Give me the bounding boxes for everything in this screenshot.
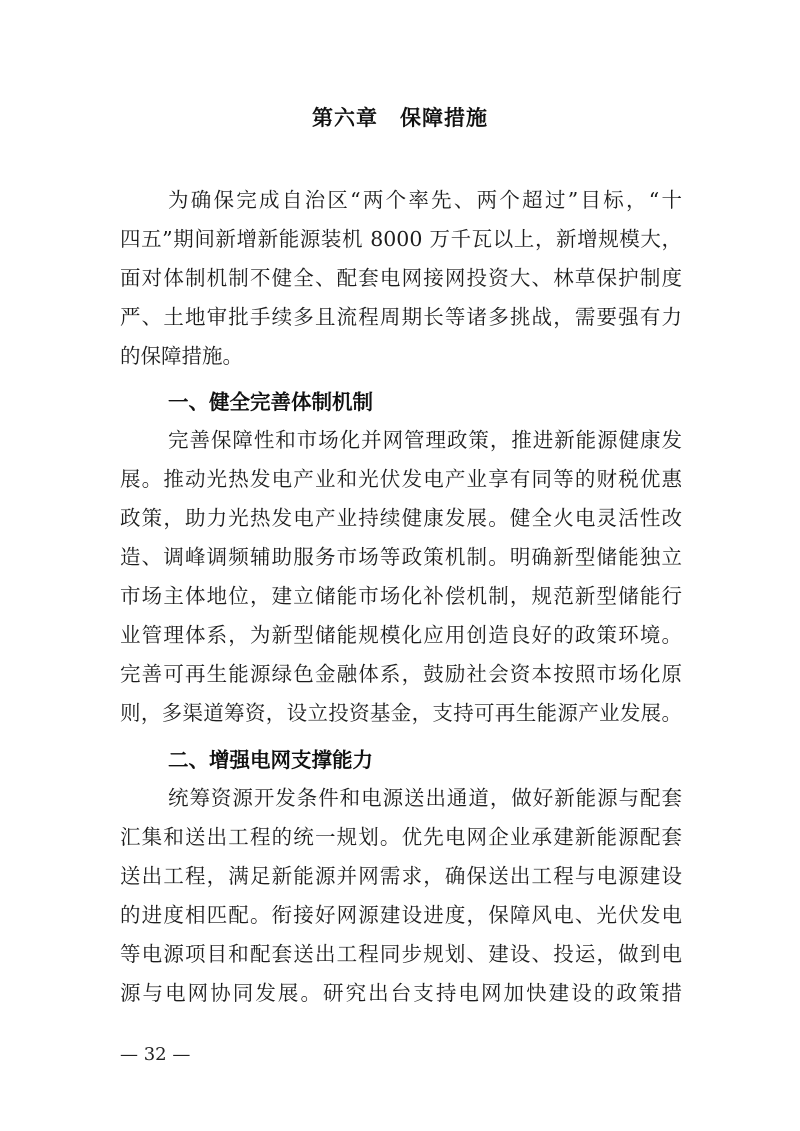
document-page: 第六章 保障措施 为确保完成自治区“两个率先、两个超过”目标，“十 四五”期间新…	[0, 0, 800, 1131]
paragraph-line: 的保障措施。	[120, 343, 682, 369]
section-heading: 一、健全完善体制机制	[168, 389, 373, 415]
paragraph-line: 汇集和送出工程的统一规划。优先电网企业承建新能源配套	[120, 824, 682, 850]
paragraph-line: 展。推动光热发电产业和光伏发电产业享有同等的财税优惠	[120, 466, 682, 492]
chapter-title: 第六章 保障措施	[0, 102, 800, 132]
paragraph-line: 等电源项目和配套送出工程同步规划、建设、投运，做到电	[120, 941, 682, 967]
paragraph-line: 业管理体系，为新型储能规模化应用创造良好的政策环境。	[120, 622, 682, 648]
section-heading: 二、增强电网支撑能力	[168, 747, 373, 773]
paragraph-line: 送出工程，满足新能源并网需求，确保送出工程与电源建设	[120, 863, 682, 889]
paragraph-line: 完善保障性和市场化并网管理政策，推进新能源健康发	[168, 427, 682, 453]
page-number: — 32 —	[120, 1044, 190, 1065]
paragraph-line: 市场主体地位，建立储能市场化补偿机制，规范新型储能行	[120, 583, 682, 609]
paragraph-line: 统筹资源开发条件和电源送出通道，做好新能源与配套	[168, 785, 682, 811]
paragraph-line: 源与电网协同发展。研究出台支持电网加快建设的政策措	[120, 980, 682, 1006]
paragraph-line: 面对体制机制不健全、配套电网接网投资大、林草保护制度	[120, 265, 682, 291]
paragraph-line: 完善可再生能源绿色金融体系，鼓励社会资本按照市场化原	[120, 661, 682, 687]
paragraph-line: 政策，助力光热发电产业持续健康发展。健全火电灵活性改	[120, 505, 682, 531]
paragraph-line: 四五”期间新增新能源装机 8000 万千瓦以上，新增规模大，	[120, 226, 682, 252]
paragraph-line: 严、土地审批手续多且流程周期长等诸多挑战，需要强有力	[120, 304, 682, 330]
paragraph-line: 造、调峰调频辅助服务市场等政策机制。明确新型储能独立	[120, 544, 682, 570]
paragraph-line: 则，多渠道筹资，设立投资基金，支持可再生能源产业发展。	[120, 700, 682, 726]
paragraph-line: 为确保完成自治区“两个率先、两个超过”目标，“十	[168, 187, 682, 213]
paragraph-line: 的进度相匹配。衔接好网源建设进度，保障风电、光伏发电	[120, 902, 682, 928]
